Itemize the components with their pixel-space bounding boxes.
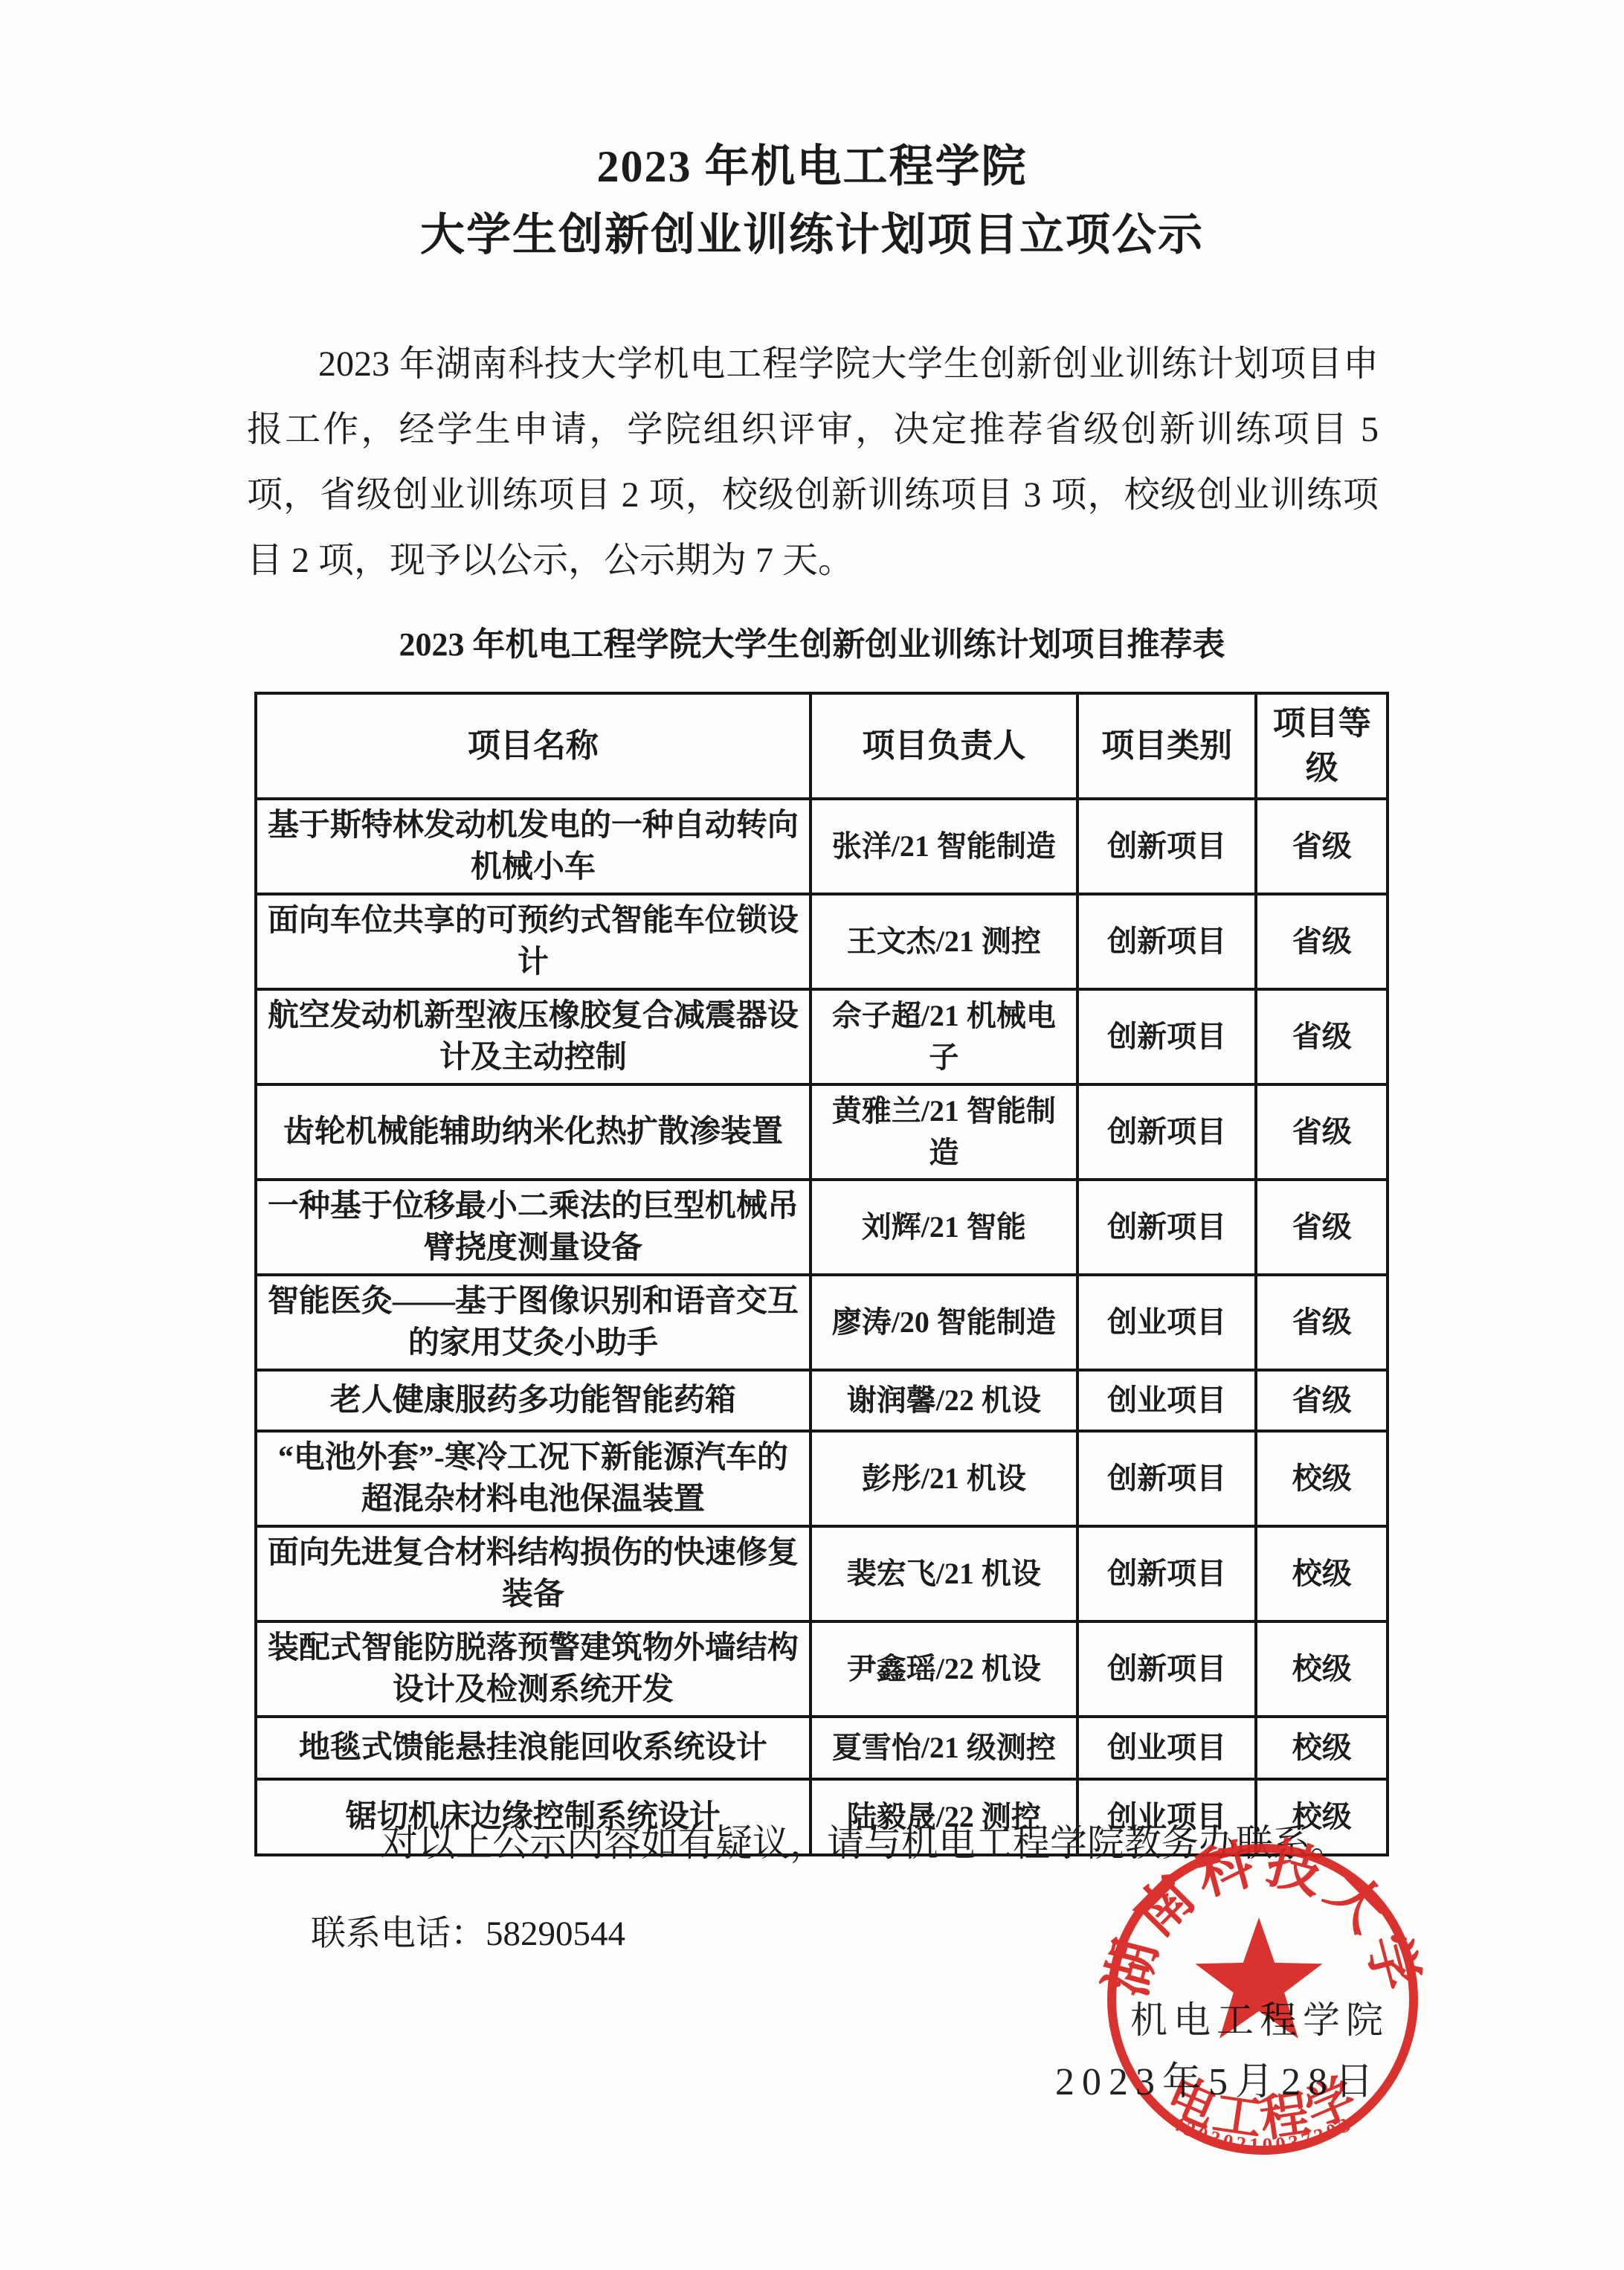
project-name-cell: “电池外套”-寒冷工况下新能源汽车的超混杂材料电池保温装置	[256, 1431, 811, 1526]
project-name-cell: 航空发动机新型液压橡胶复合减震器设计及主动控制	[256, 989, 811, 1084]
leader-cell: 张洋/21 智能制造	[811, 799, 1077, 894]
leader-cell: 谢润馨/22 机设	[811, 1370, 1077, 1431]
col-header-level: 项目等级	[1256, 693, 1388, 799]
level-cell: 校级	[1256, 1621, 1388, 1717]
table-header: 项目名称 项目负责人 项目类别 项目等级	[256, 693, 1388, 799]
level-cell: 省级	[1256, 989, 1388, 1084]
table-body: 基于斯特林发动机发电的一种自动转向机械小车张洋/21 智能制造创新项目省级面向车…	[256, 799, 1388, 1855]
table-row: 面向车位共享的可预约式智能车位锁设计王文杰/21 测控创新项目省级	[256, 894, 1388, 989]
signature-college-name: 机电工程学院	[1103, 1990, 1416, 2044]
level-cell: 省级	[1256, 894, 1388, 989]
leader-cell: 彭彤/21 机设	[811, 1431, 1077, 1526]
doc-title-line2: 大学生创新创业训练计划项目立项公示	[245, 199, 1379, 263]
table-row: 齿轮机械能辅助纳米化热扩散渗装置黄雅兰/21 智能制造创新项目省级	[256, 1084, 1388, 1180]
category-cell: 创新项目	[1077, 1621, 1256, 1717]
level-cell: 校级	[1256, 1431, 1388, 1526]
project-name-cell: 基于斯特林发动机发电的一种自动转向机械小车	[256, 799, 811, 894]
table-caption: 2023 年机电工程学院大学生创新创业训练计划项目推荐表	[245, 617, 1379, 665]
level-cell: 校级	[1256, 1526, 1388, 1621]
project-name-cell: 齿轮机械能辅助纳米化热扩散渗装置	[256, 1084, 811, 1180]
level-cell: 省级	[1256, 1180, 1388, 1275]
category-cell: 创新项目	[1077, 1180, 1256, 1275]
table-row: 航空发动机新型液压橡胶复合减震器设计及主动控制佘子超/21 机械电子创新项目省级	[256, 989, 1388, 1084]
category-cell: 创新项目	[1077, 799, 1256, 894]
col-header-project-name: 项目名称	[256, 693, 811, 799]
header-row: 项目名称 项目负责人 项目类别 项目等级	[256, 693, 1388, 799]
table-row: 装配式智能防脱落预警建筑物外墙结构设计及检测系统开发尹鑫瑶/22 机设创新项目校…	[256, 1621, 1388, 1717]
level-cell: 校级	[1256, 1717, 1388, 1779]
signature-date: 2023年5月28日	[1047, 2050, 1389, 2106]
col-header-category: 项目类别	[1077, 693, 1256, 799]
category-cell: 创业项目	[1077, 1717, 1256, 1779]
projects-table: 项目名称 项目负责人 项目类别 项目等级 基于斯特林发动机发电的一种自动转向机械…	[254, 692, 1389, 1856]
project-name-cell: 装配式智能防脱落预警建筑物外墙结构设计及检测系统开发	[256, 1621, 811, 1717]
leader-cell: 佘子超/21 机械电子	[811, 989, 1077, 1084]
leader-cell: 刘辉/21 智能	[811, 1180, 1077, 1275]
leader-cell: 尹鑫瑶/22 机设	[811, 1621, 1077, 1717]
level-cell: 省级	[1256, 1275, 1388, 1370]
leader-cell: 廖涛/20 智能制造	[811, 1275, 1077, 1370]
category-cell: 创新项目	[1077, 1431, 1256, 1526]
project-name-cell: 一种基于位移最小二乘法的巨型机械吊臂挠度测量设备	[256, 1180, 811, 1275]
table-row: “电池外套”-寒冷工况下新能源汽车的超混杂材料电池保温装置彭彤/21 机设创新项…	[256, 1431, 1388, 1526]
level-cell: 省级	[1256, 799, 1388, 894]
leader-cell: 黄雅兰/21 智能制造	[811, 1084, 1077, 1180]
project-name-cell: 面向车位共享的可预约式智能车位锁设计	[256, 894, 811, 989]
table-row: 老人健康服药多功能智能药箱谢润馨/22 机设创业项目省级	[256, 1370, 1388, 1431]
table-row: 一种基于位移最小二乘法的巨型机械吊臂挠度测量设备刘辉/21 智能创新项目省级	[256, 1180, 1388, 1275]
col-header-leader: 项目负责人	[811, 693, 1077, 799]
table-row: 智能医灸——基于图像识别和语音交互的家用艾灸小助手廖涛/20 智能制造创业项目省…	[256, 1275, 1388, 1370]
doc-title-line1: 2023 年机电工程学院	[245, 131, 1379, 195]
leader-cell: 裴宏飞/21 机设	[811, 1526, 1077, 1621]
category-cell: 创新项目	[1077, 1526, 1256, 1621]
body-paragraph: 2023 年湖南科技大学机电工程学院大学生创新创业训练计划项目申报工作，经学生申…	[247, 332, 1379, 594]
category-cell: 创业项目	[1077, 1370, 1256, 1431]
level-cell: 省级	[1256, 1370, 1388, 1431]
leader-cell: 夏雪怡/21 级测控	[811, 1717, 1077, 1779]
project-name-cell: 老人健康服药多功能智能药箱	[256, 1370, 811, 1431]
project-name-cell: 面向先进复合材料结构损伤的快速修复装备	[256, 1526, 811, 1621]
project-name-cell: 智能医灸——基于图像识别和语音交互的家用艾灸小助手	[256, 1275, 811, 1370]
document-page: 2023 年机电工程学院 大学生创新创业训练计划项目立项公示 2023 年湖南科…	[0, 0, 1624, 2270]
category-cell: 创新项目	[1077, 989, 1256, 1084]
category-cell: 创新项目	[1077, 1084, 1256, 1180]
contact-phone: 联系电话：58290544	[245, 1906, 1138, 1955]
table-row: 地毯式馈能悬挂浪能回收系统设计夏雪怡/21 级测控创业项目校级	[256, 1717, 1388, 1779]
category-cell: 创新项目	[1077, 894, 1256, 989]
level-cell: 省级	[1256, 1084, 1388, 1180]
project-name-cell: 地毯式馈能悬挂浪能回收系统设计	[256, 1717, 811, 1779]
table-row: 基于斯特林发动机发电的一种自动转向机械小车张洋/21 智能制造创新项目省级	[256, 799, 1388, 894]
leader-cell: 王文杰/21 测控	[811, 894, 1077, 989]
category-cell: 创业项目	[1077, 1275, 1256, 1370]
table-row: 面向先进复合材料结构损伤的快速修复装备裴宏飞/21 机设创新项目校级	[256, 1526, 1388, 1621]
